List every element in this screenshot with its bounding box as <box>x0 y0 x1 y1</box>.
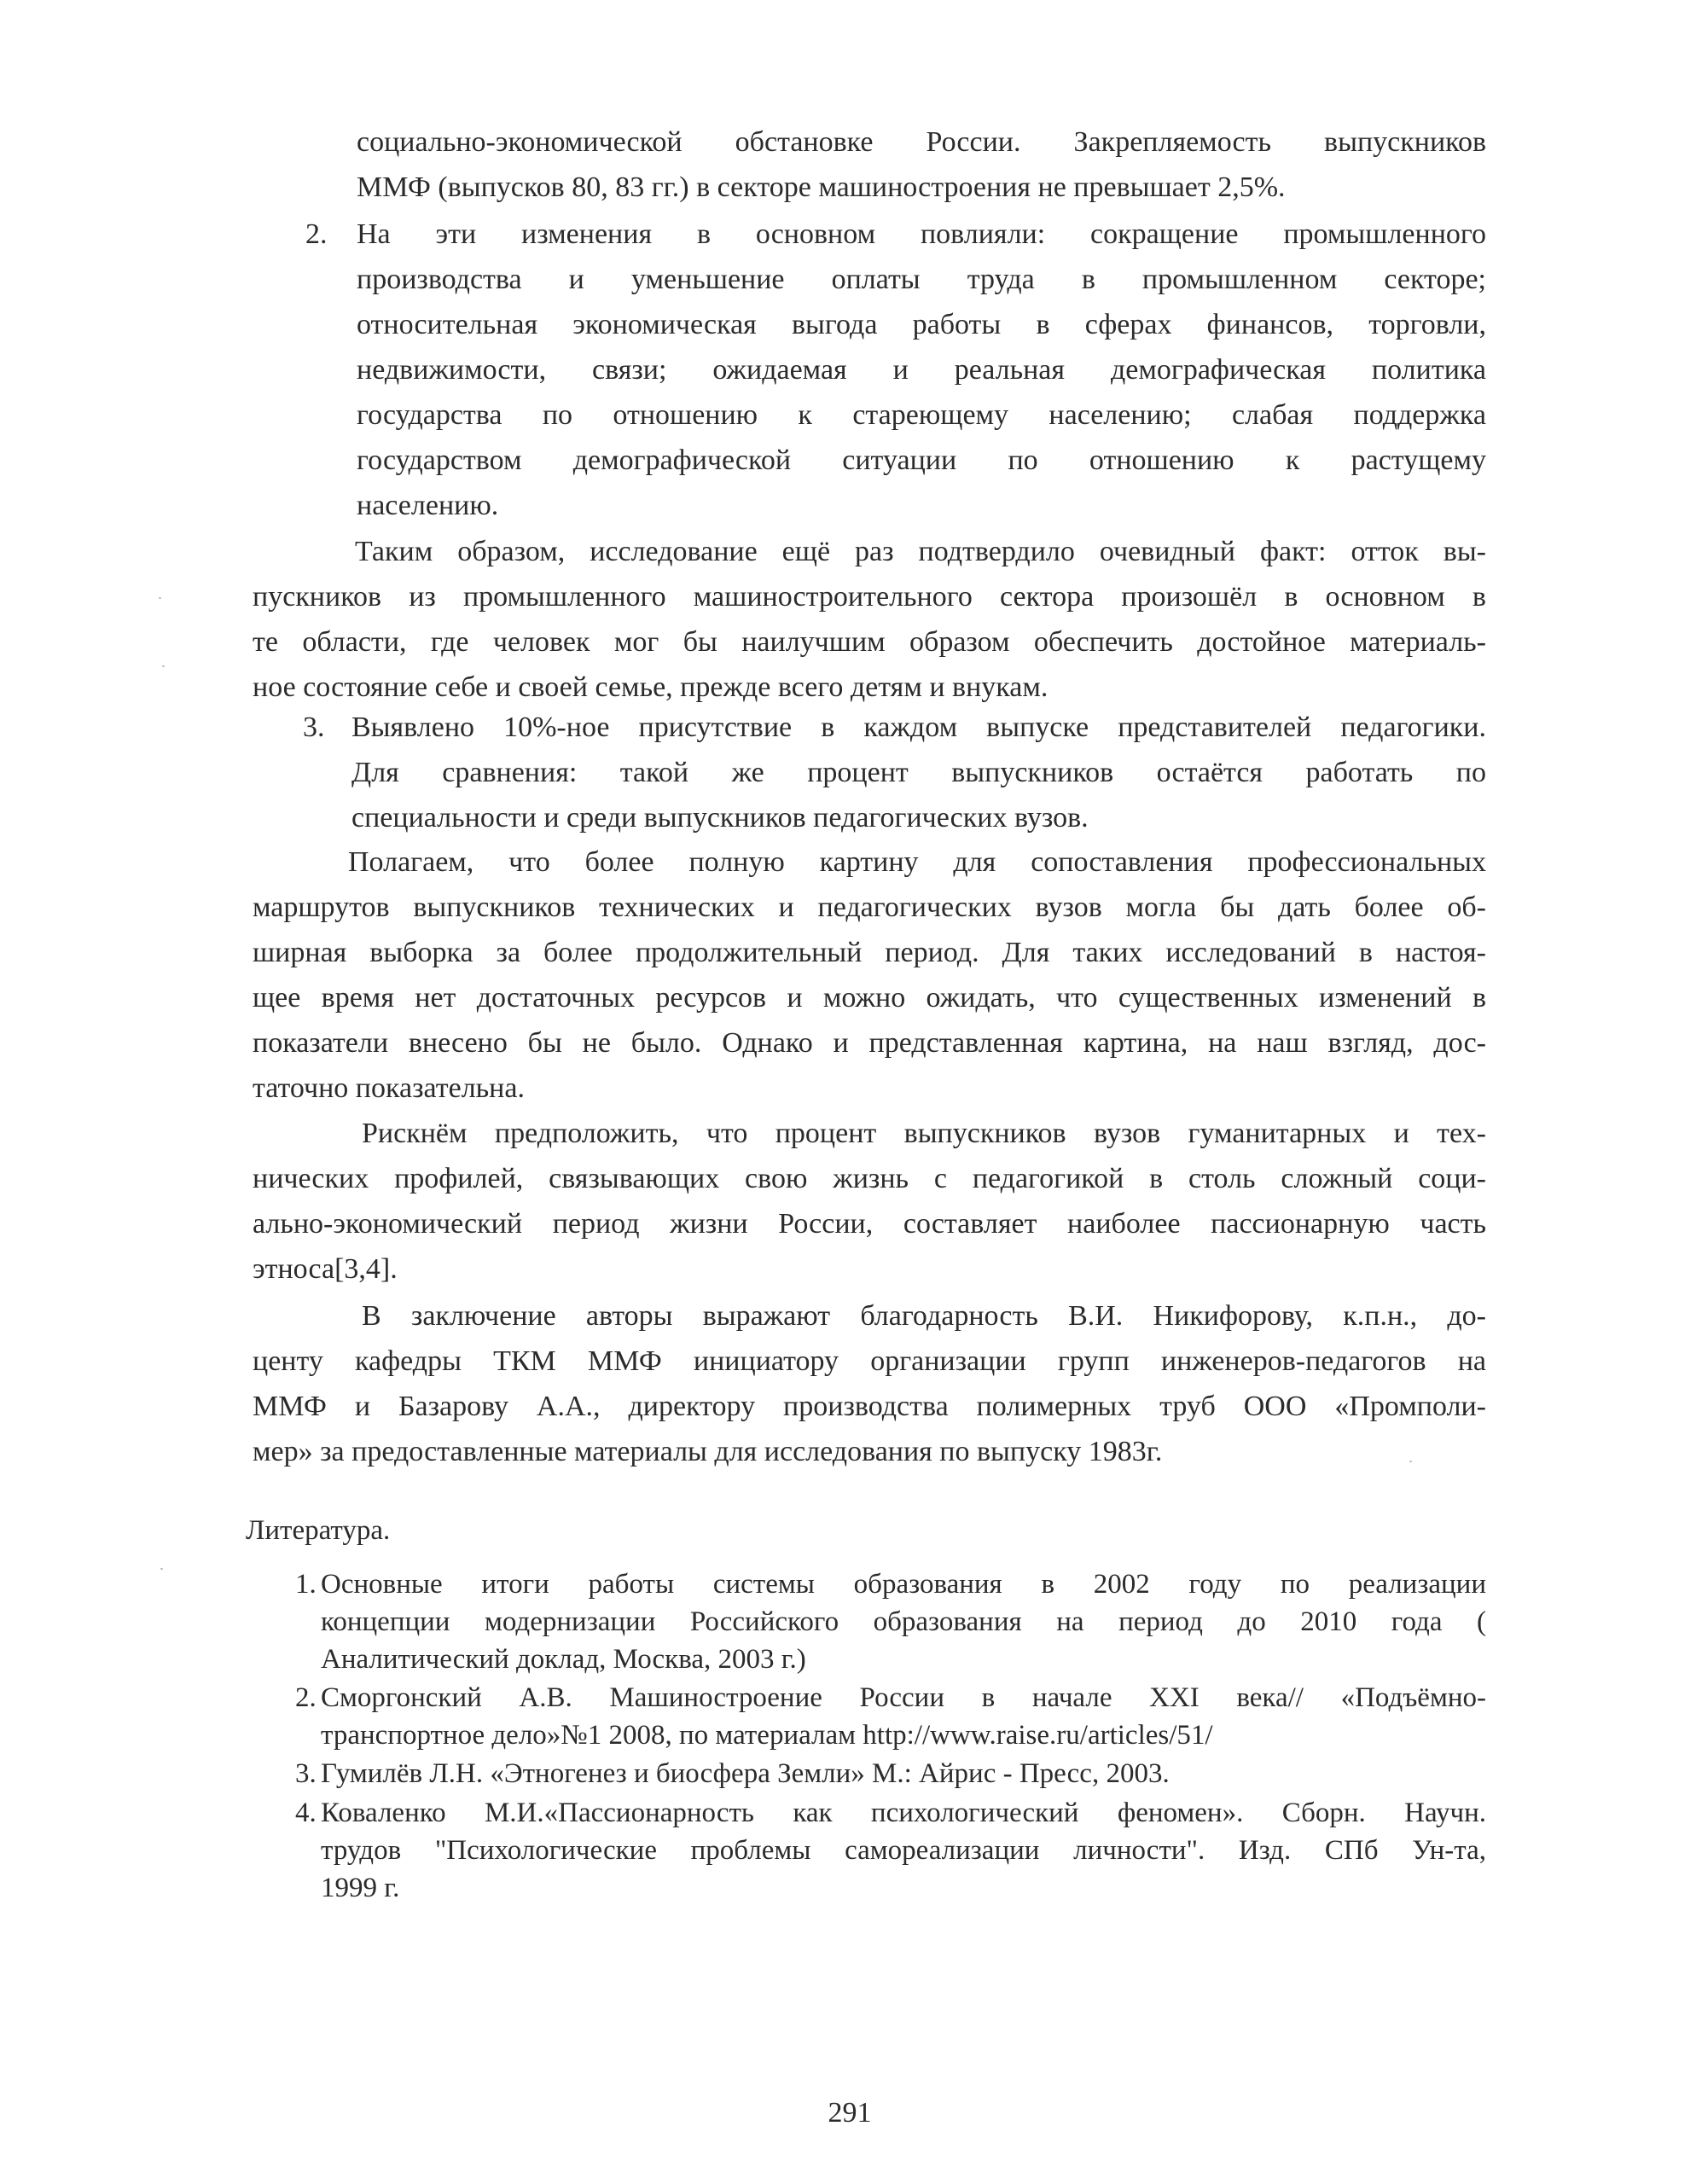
reference-line: транспортное дело»№1 2008, по материалам… <box>321 1716 1486 1754</box>
reference-line: Гумилёв Л.Н. «Этногенез и биосфера Земли… <box>321 1755 1486 1792</box>
reference-number: 1. <box>295 1565 317 1603</box>
text-line: Для сравнения: такой же процент выпускни… <box>351 750 1486 795</box>
text-line: пускников из промышленного машиностроите… <box>253 574 1486 619</box>
text-line: показатели внесено бы не было. Однако и … <box>253 1020 1486 1066</box>
reference-line: 1999 г. <box>321 1869 1486 1907</box>
list-item-3: Выявлено 10%-ное присутствие в каждом вы… <box>351 705 1486 840</box>
paragraph-acknowledgements: В заключение авторы выражают благодарнос… <box>253 1293 1486 1474</box>
list-item-2: На эти изменения в основном повлияли: со… <box>357 212 1486 528</box>
text-line: ММФ (выпусков 80, 83 гг.) в секторе маши… <box>357 165 1486 210</box>
text-line: Полагаем, что более полную картину для с… <box>253 839 1486 885</box>
text-line: Таким образом, исследование ещё раз подт… <box>253 529 1486 574</box>
text-line: относительная экономическая выгода работ… <box>357 302 1486 347</box>
references-heading: Литература. <box>246 1512 390 1549</box>
reference-item-2: Сморгонский А.В. Машиностроение России в… <box>321 1679 1486 1754</box>
reference-number: 4. <box>295 1794 317 1832</box>
text-line: В заключение авторы выражают благодарнос… <box>253 1293 1486 1339</box>
text-line: те области, где человек мог бы наилучшим… <box>253 619 1486 665</box>
list-number: 2. <box>305 212 328 257</box>
reference-line: Коваленко М.И.«Пассионарность как психол… <box>321 1794 1486 1832</box>
paragraph-comparison: Полагаем, что более полную картину для с… <box>253 839 1486 1111</box>
text-line: ММФ и Базарову А.А., директору производс… <box>253 1384 1486 1429</box>
reference-item-1: Основные итоги работы системы образовани… <box>321 1565 1486 1678</box>
reference-item-4: Коваленко М.И.«Пассионарность как психол… <box>321 1794 1486 1907</box>
text-line: социально-экономической обстановке Росси… <box>357 119 1486 165</box>
reference-line: Сморгонский А.В. Машиностроение России в… <box>321 1679 1486 1716</box>
reference-line: концепции модернизации Российского образ… <box>321 1603 1486 1641</box>
text-line: центу кафедры ТКМ ММФ инициатору организ… <box>253 1339 1486 1384</box>
list-item-1-continuation: социально-экономической обстановке Росси… <box>357 119 1486 210</box>
reference-number: 2. <box>295 1679 317 1716</box>
text-line: нических профилей, связывающих свою жизн… <box>253 1156 1486 1201</box>
scan-speck <box>162 665 165 667</box>
text-line: щее время нет достаточных ресурсов и мож… <box>253 975 1486 1020</box>
text-line: ное состояние себе и своей семье, прежде… <box>253 665 1486 710</box>
text-line: ширная выборка за более продолжительный … <box>253 930 1486 975</box>
text-line: маршрутов выпускников технических и педа… <box>253 885 1486 930</box>
page-number: 291 <box>764 2097 935 2129</box>
text-line: государством демографической ситуации по… <box>357 438 1486 483</box>
text-line: таточно показательна. <box>253 1066 1486 1111</box>
paragraph-hypothesis: Рискнём предположить, что процент выпуск… <box>253 1111 1486 1292</box>
text-line: этноса[3,4]. <box>253 1246 1486 1292</box>
paragraph-conclusion: Таким образом, исследование ещё раз подт… <box>253 529 1486 710</box>
scan-speck <box>1409 1461 1412 1462</box>
text-line: На эти изменения в основном повлияли: со… <box>357 212 1486 257</box>
reference-line: Аналитический доклад, Москва, 2003 г.) <box>321 1641 1486 1678</box>
scan-speck <box>159 597 161 599</box>
reference-number: 3. <box>295 1755 317 1792</box>
text-line: населению. <box>357 483 1486 528</box>
list-number: 3. <box>303 705 325 750</box>
reference-item-3: Гумилёв Л.Н. «Этногенез и биосфера Земли… <box>321 1755 1486 1792</box>
text-line: ально-экономический период жизни России,… <box>253 1201 1486 1246</box>
text-line: недвижимости, связи; ожидаемая и реальна… <box>357 347 1486 392</box>
text-line: Выявлено 10%-ное присутствие в каждом вы… <box>351 705 1486 750</box>
text-line: мер» за предоставленные материалы для ис… <box>253 1429 1486 1474</box>
reference-line: Основные итоги работы системы образовани… <box>321 1565 1486 1603</box>
text-line: государства по отношению к стареющему на… <box>357 392 1486 438</box>
reference-line: трудов "Психологические проблемы самореа… <box>321 1832 1486 1869</box>
text-line: специальности и среди выпускников педаго… <box>351 795 1486 840</box>
text-line: производства и уменьшение оплаты труда в… <box>357 257 1486 302</box>
text-line: Рискнём предположить, что процент выпуск… <box>253 1111 1486 1156</box>
scan-speck <box>160 1568 163 1570</box>
